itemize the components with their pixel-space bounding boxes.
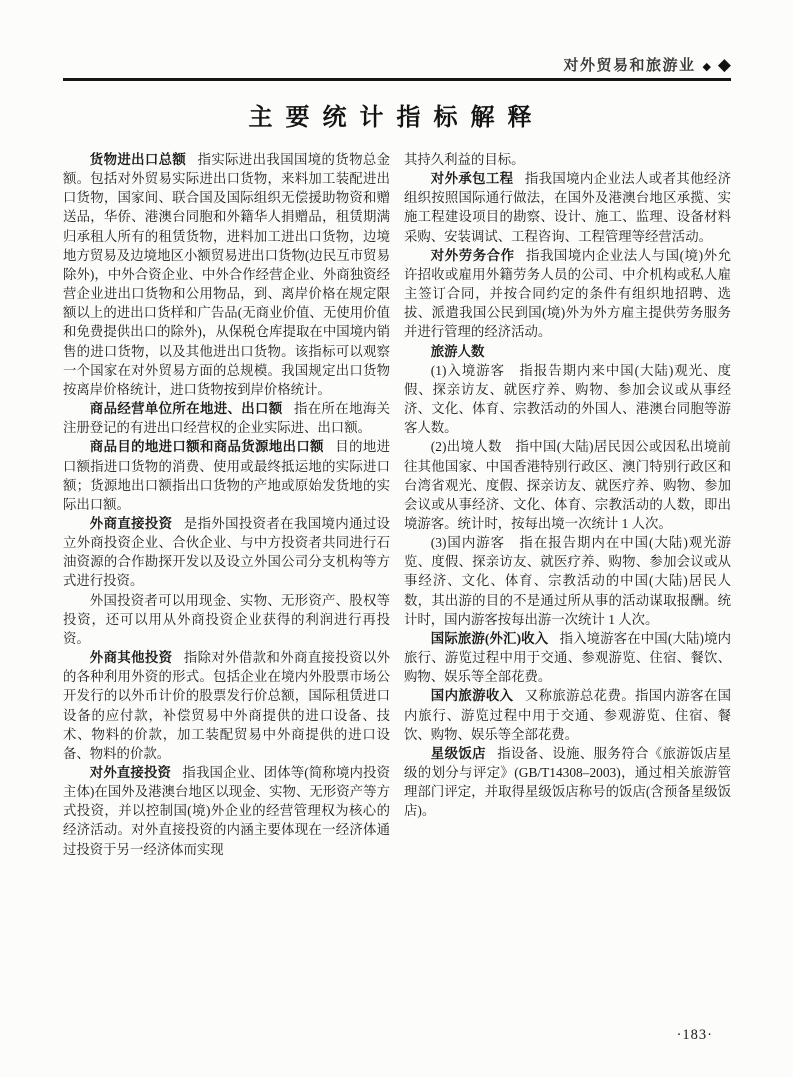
term-label: 货物进出口总额 (90, 152, 186, 167)
term-label: 旅游人数 (431, 344, 485, 359)
term-label: 外商直接投资 (90, 516, 173, 531)
definition-paragraph: 商品目的地进口额和商品货源地出口额目的地进口额指进口货物的消费、使用或最终抵运地… (63, 437, 390, 514)
body-paragraph: 其持久利益的目标。 (404, 150, 731, 169)
page-number: ·183· (677, 1027, 713, 1044)
term-label: 对外直接投资 (90, 765, 171, 780)
page-title: 主要统计指标解释 (0, 97, 793, 132)
column-right: 其持久利益的目标。对外承包工程指我国境内企业法人或者其他经济组织按照国际通行做法… (404, 150, 731, 859)
definition-paragraph: 旅游人数 (404, 342, 731, 361)
term-label: 国际旅游(外汇)收入 (431, 631, 548, 646)
definition-paragraph: 商品经营单位所在地进、出口额指在所在地海关注册登记的有进出口经营权的企业实际进、… (63, 399, 390, 437)
term-label: 外商其他投资 (90, 650, 173, 665)
header-rule (63, 78, 731, 81)
term-label: 星级饭店 (431, 746, 486, 761)
definition-paragraph: 星级饭店指设备、设施、服务符合《旅游饭店星级的划分与评定》(GB/T14308–… (404, 744, 731, 821)
definition-paragraph: 对外劳务合作指我国境内企业法人与国(境)外允许招收或雇用外籍劳务人员的公司、中介… (404, 246, 731, 342)
definition-paragraph: 外商其他投资指除对外借款和外商直接投资以外的各种利用外资的形式。包括企业在境内外… (63, 648, 390, 763)
running-header: 对外贸易和旅游业 ◆ ◆ (63, 56, 731, 81)
diamond-icon-small: ◆ (702, 62, 710, 73)
term-label: 商品目的地进口额和商品货源地出口额 (90, 439, 324, 454)
definition-paragraph: 外商直接投资是指外国投资者在我国境内通过设立外商投资企业、合伙企业、与中方投资者… (63, 514, 390, 591)
body-paragraph: (3)国内游客 指在报告期内在中国(大陆)观光游览、度假、探亲访友、就医疗养、购… (404, 533, 731, 629)
document-page: 对外贸易和旅游业 ◆ ◆ 主要统计指标解释 货物进出口总额指实际进出我国国境的货… (0, 0, 793, 1077)
body-columns: 货物进出口总额指实际进出我国国境的货物总金额。包括对外贸易实际进出口货物，来料加… (63, 150, 731, 859)
section-title: 对外贸易和旅游业 (563, 58, 695, 73)
body-paragraph: (2)出境人数 指中国(大陆)居民因公或因私出境前往其他国家、中国香港特别行政区… (404, 437, 731, 533)
definition-paragraph: 对外承包工程指我国境内企业法人或者其他经济组织按照国际通行做法，在国外及港澳台地… (404, 169, 731, 246)
term-label: 商品经营单位所在地进、出口额 (90, 401, 283, 416)
term-label: 对外劳务合作 (431, 248, 515, 263)
column-left: 货物进出口总额指实际进出我国国境的货物总金额。包括对外贸易实际进出口货物，来料加… (63, 150, 390, 859)
definition-paragraph: 国际旅游(外汇)收入指入境游客在中国(大陆)境内旅行、游览过程中用于交通、参观游… (404, 629, 731, 686)
body-paragraph: 外国投资者可以用现金、实物、无形资产、股权等投资，还可以用从外商投资企业获得的利… (63, 591, 390, 648)
definition-paragraph: 对外直接投资指我国企业、团体等(简称境内投资主体)在国外及港澳台地区以现金、实物… (63, 763, 390, 859)
term-label: 对外承包工程 (431, 171, 514, 186)
diamond-icon-large: ◆ (718, 56, 731, 73)
definition-paragraph: 国内旅游收入又称旅游总花费。指国内游客在国内旅行、游览过程中用于交通、参观游览、… (404, 686, 731, 743)
body-paragraph: (1)入境游客 指报告期内来中国(大陆)观光、度假、探亲访友、就医疗养、购物、参… (404, 361, 731, 438)
definition-paragraph: 货物进出口总额指实际进出我国国境的货物总金额。包括对外贸易实际进出口货物，来料加… (63, 150, 390, 399)
term-label: 国内旅游收入 (431, 688, 514, 703)
